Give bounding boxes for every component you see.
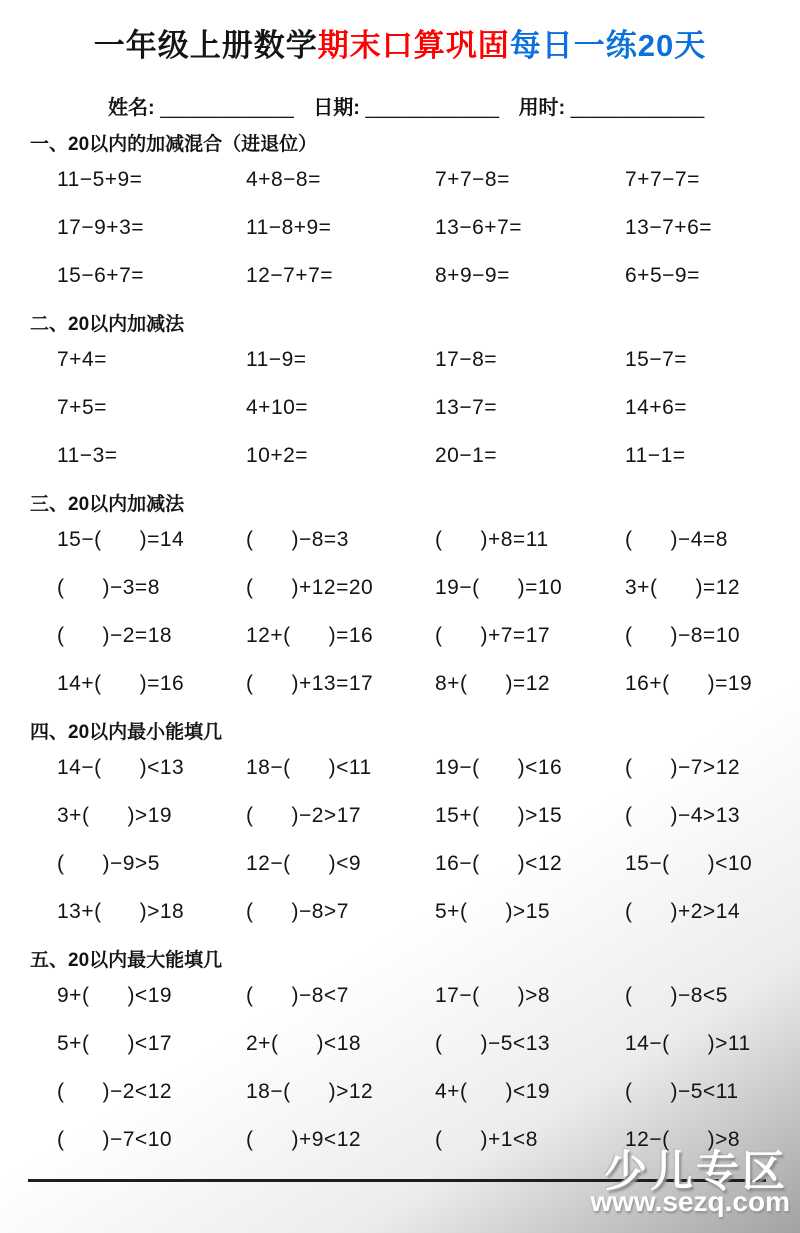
problem-cell: ( )+13=17: [246, 660, 435, 708]
problem-cell: 10+2=: [246, 432, 435, 480]
problem-cell: 11−3=: [57, 432, 246, 480]
time-used-label: 用时:: [519, 97, 566, 119]
name-field: 姓名: ____________: [108, 97, 294, 119]
problem-cell: ( )−2>17: [246, 792, 435, 840]
problem-grid: 15−( )=14( )−8=3( )+8=11( )−4=8( )−3=8( …: [0, 516, 800, 708]
problem-cell: 19−( )<16: [435, 744, 625, 792]
problem-cell: ( )−2=18: [57, 612, 246, 660]
problem-cell: 20−1=: [435, 432, 625, 480]
time-used-field: 用时: ____________: [519, 97, 705, 119]
problem-cell: 7+4=: [57, 336, 246, 384]
section-largest-fill: 五、20以内最大能填几 9+( )<19( )−8<717−( )>8( )−8…: [0, 945, 800, 1164]
date-field: 日期: ____________: [313, 97, 499, 119]
problem-cell: 15−( )=14: [57, 516, 246, 564]
student-info-line: 姓名: ____________ 日期: ____________ 用时: __…: [108, 91, 800, 120]
problem-cell: ( )−7>12: [625, 744, 800, 792]
problem-cell: 11−1=: [625, 432, 800, 480]
problem-cell: ( )+2>14: [625, 888, 800, 936]
section-heading: 五、20以内最大能填几: [30, 945, 800, 972]
problem-cell: ( )+1<8: [435, 1116, 625, 1164]
section-heading: 一、20以内的加减混合（进退位）: [30, 129, 800, 156]
problem-cell: 4+8−8=: [246, 156, 435, 204]
problem-grid: 9+( )<19( )−8<717−( )>8( )−8<55+( )<172+…: [0, 972, 800, 1164]
problem-cell: 3+( )>19: [57, 792, 246, 840]
problem-cell: 12+( )=16: [246, 612, 435, 660]
name-blank: ____________: [160, 97, 293, 119]
problem-cell: ( )+7=17: [435, 612, 625, 660]
problem-cell: 17−( )>8: [435, 972, 625, 1020]
site-url-watermark: www.sezq.com: [590, 1186, 790, 1218]
problem-cell: 14−( )>11: [625, 1020, 800, 1068]
problem-cell: 2+( )<18: [246, 1020, 435, 1068]
problem-cell: 12−( )<9: [246, 840, 435, 888]
problem-cell: 19−( )=10: [435, 564, 625, 612]
problem-cell: 15−7=: [625, 336, 800, 384]
problem-grid: 7+4=11−9=17−8=15−7=7+5=4+10=13−7=14+6=11…: [0, 336, 800, 480]
problem-cell: 18−( )>12: [246, 1068, 435, 1116]
problem-cell: 5+( )>15: [435, 888, 625, 936]
problem-cell: 15−( )<10: [625, 840, 800, 888]
problem-cell: 14+( )=16: [57, 660, 246, 708]
problem-cell: 11−5+9=: [57, 156, 246, 204]
problem-cell: 4+( )<19: [435, 1068, 625, 1116]
problem-cell: 9+( )<19: [57, 972, 246, 1020]
problem-cell: 11−9=: [246, 336, 435, 384]
problem-cell: ( )−3=8: [57, 564, 246, 612]
problem-cell: 16−( )<12: [435, 840, 625, 888]
section-add-sub-20: 二、20以内加减法 7+4=11−9=17−8=15−7=7+5=4+10=13…: [0, 309, 800, 480]
problem-cell: ( )+8=11: [435, 516, 625, 564]
problem-cell: 7+7−8=: [435, 156, 625, 204]
problem-cell: 17−8=: [435, 336, 625, 384]
problem-cell: 6+5−9=: [625, 252, 800, 300]
problem-cell: ( )−8<7: [246, 972, 435, 1020]
problem-cell: ( )−8=10: [625, 612, 800, 660]
problem-cell: 17−9+3=: [57, 204, 246, 252]
page-title: 一年级上册数学期末口算巩固每日一练20天: [0, 20, 800, 65]
date-label: 日期:: [313, 97, 360, 119]
problem-cell: 7+5=: [57, 384, 246, 432]
problem-cell: 15+( )>15: [435, 792, 625, 840]
problem-cell: 3+( )=12: [625, 564, 800, 612]
title-part-grade: 一年级上册数学: [94, 28, 318, 63]
section-smallest-fill: 四、20以内最小能填几 14−( )<1318−( )<1119−( )<16(…: [0, 717, 800, 936]
problem-cell: ( )−2<12: [57, 1068, 246, 1116]
title-part-exam: 期末口算巩固: [318, 28, 510, 63]
problem-cell: 11−8+9=: [246, 204, 435, 252]
problem-cell: 15−6+7=: [57, 252, 246, 300]
problem-cell: 18−( )<11: [246, 744, 435, 792]
problem-cell: 8+( )=12: [435, 660, 625, 708]
problem-cell: ( )−7<10: [57, 1116, 246, 1164]
problem-cell: 14+6=: [625, 384, 800, 432]
problem-cell: 5+( )<17: [57, 1020, 246, 1068]
time-used-blank: ____________: [571, 97, 704, 119]
problem-grid: 11−5+9=4+8−8=7+7−8=7+7−7=17−9+3=11−8+9=1…: [0, 156, 800, 300]
problem-cell: ( )−5<13: [435, 1020, 625, 1068]
problem-cell: 13−6+7=: [435, 204, 625, 252]
problem-cell: ( )+12=20: [246, 564, 435, 612]
problem-cell: ( )+9<12: [246, 1116, 435, 1164]
problem-cell: 13−7+6=: [625, 204, 800, 252]
problem-cell: 14−( )<13: [57, 744, 246, 792]
section-heading: 二、20以内加减法: [30, 309, 800, 336]
section-mixed-add-sub: 一、20以内的加减混合（进退位） 11−5+9=4+8−8=7+7−8=7+7−…: [0, 129, 800, 300]
problem-cell: 8+9−9=: [435, 252, 625, 300]
problem-cell: 12−7+7=: [246, 252, 435, 300]
problem-cell: ( )−9>5: [57, 840, 246, 888]
problem-cell: 7+7−7=: [625, 156, 800, 204]
problem-cell: 16+( )=19: [625, 660, 800, 708]
problem-cell: 13−7=: [435, 384, 625, 432]
problem-cell: 13+( )>18: [57, 888, 246, 936]
date-blank: ____________: [366, 97, 499, 119]
title-part-daily: 每日一练20天: [510, 28, 706, 63]
problem-cell: ( )−4>13: [625, 792, 800, 840]
problem-cell: ( )−8=3: [246, 516, 435, 564]
problem-cell: ( )−8>7: [246, 888, 435, 936]
section-heading: 四、20以内最小能填几: [30, 717, 800, 744]
problem-grid: 14−( )<1318−( )<1119−( )<16( )−7>123+( )…: [0, 744, 800, 936]
worksheet-page: 一年级上册数学期末口算巩固每日一练20天 姓名: ____________ 日期…: [0, 0, 800, 1233]
problem-cell: ( )−4=8: [625, 516, 800, 564]
section-fill-blank: 三、20以内加减法 15−( )=14( )−8=3( )+8=11( )−4=…: [0, 489, 800, 708]
section-heading: 三、20以内加减法: [30, 489, 800, 516]
problem-cell: ( )−8<5: [625, 972, 800, 1020]
problem-cell: ( )−5<11: [625, 1068, 800, 1116]
name-label: 姓名:: [108, 97, 155, 119]
problem-cell: 4+10=: [246, 384, 435, 432]
